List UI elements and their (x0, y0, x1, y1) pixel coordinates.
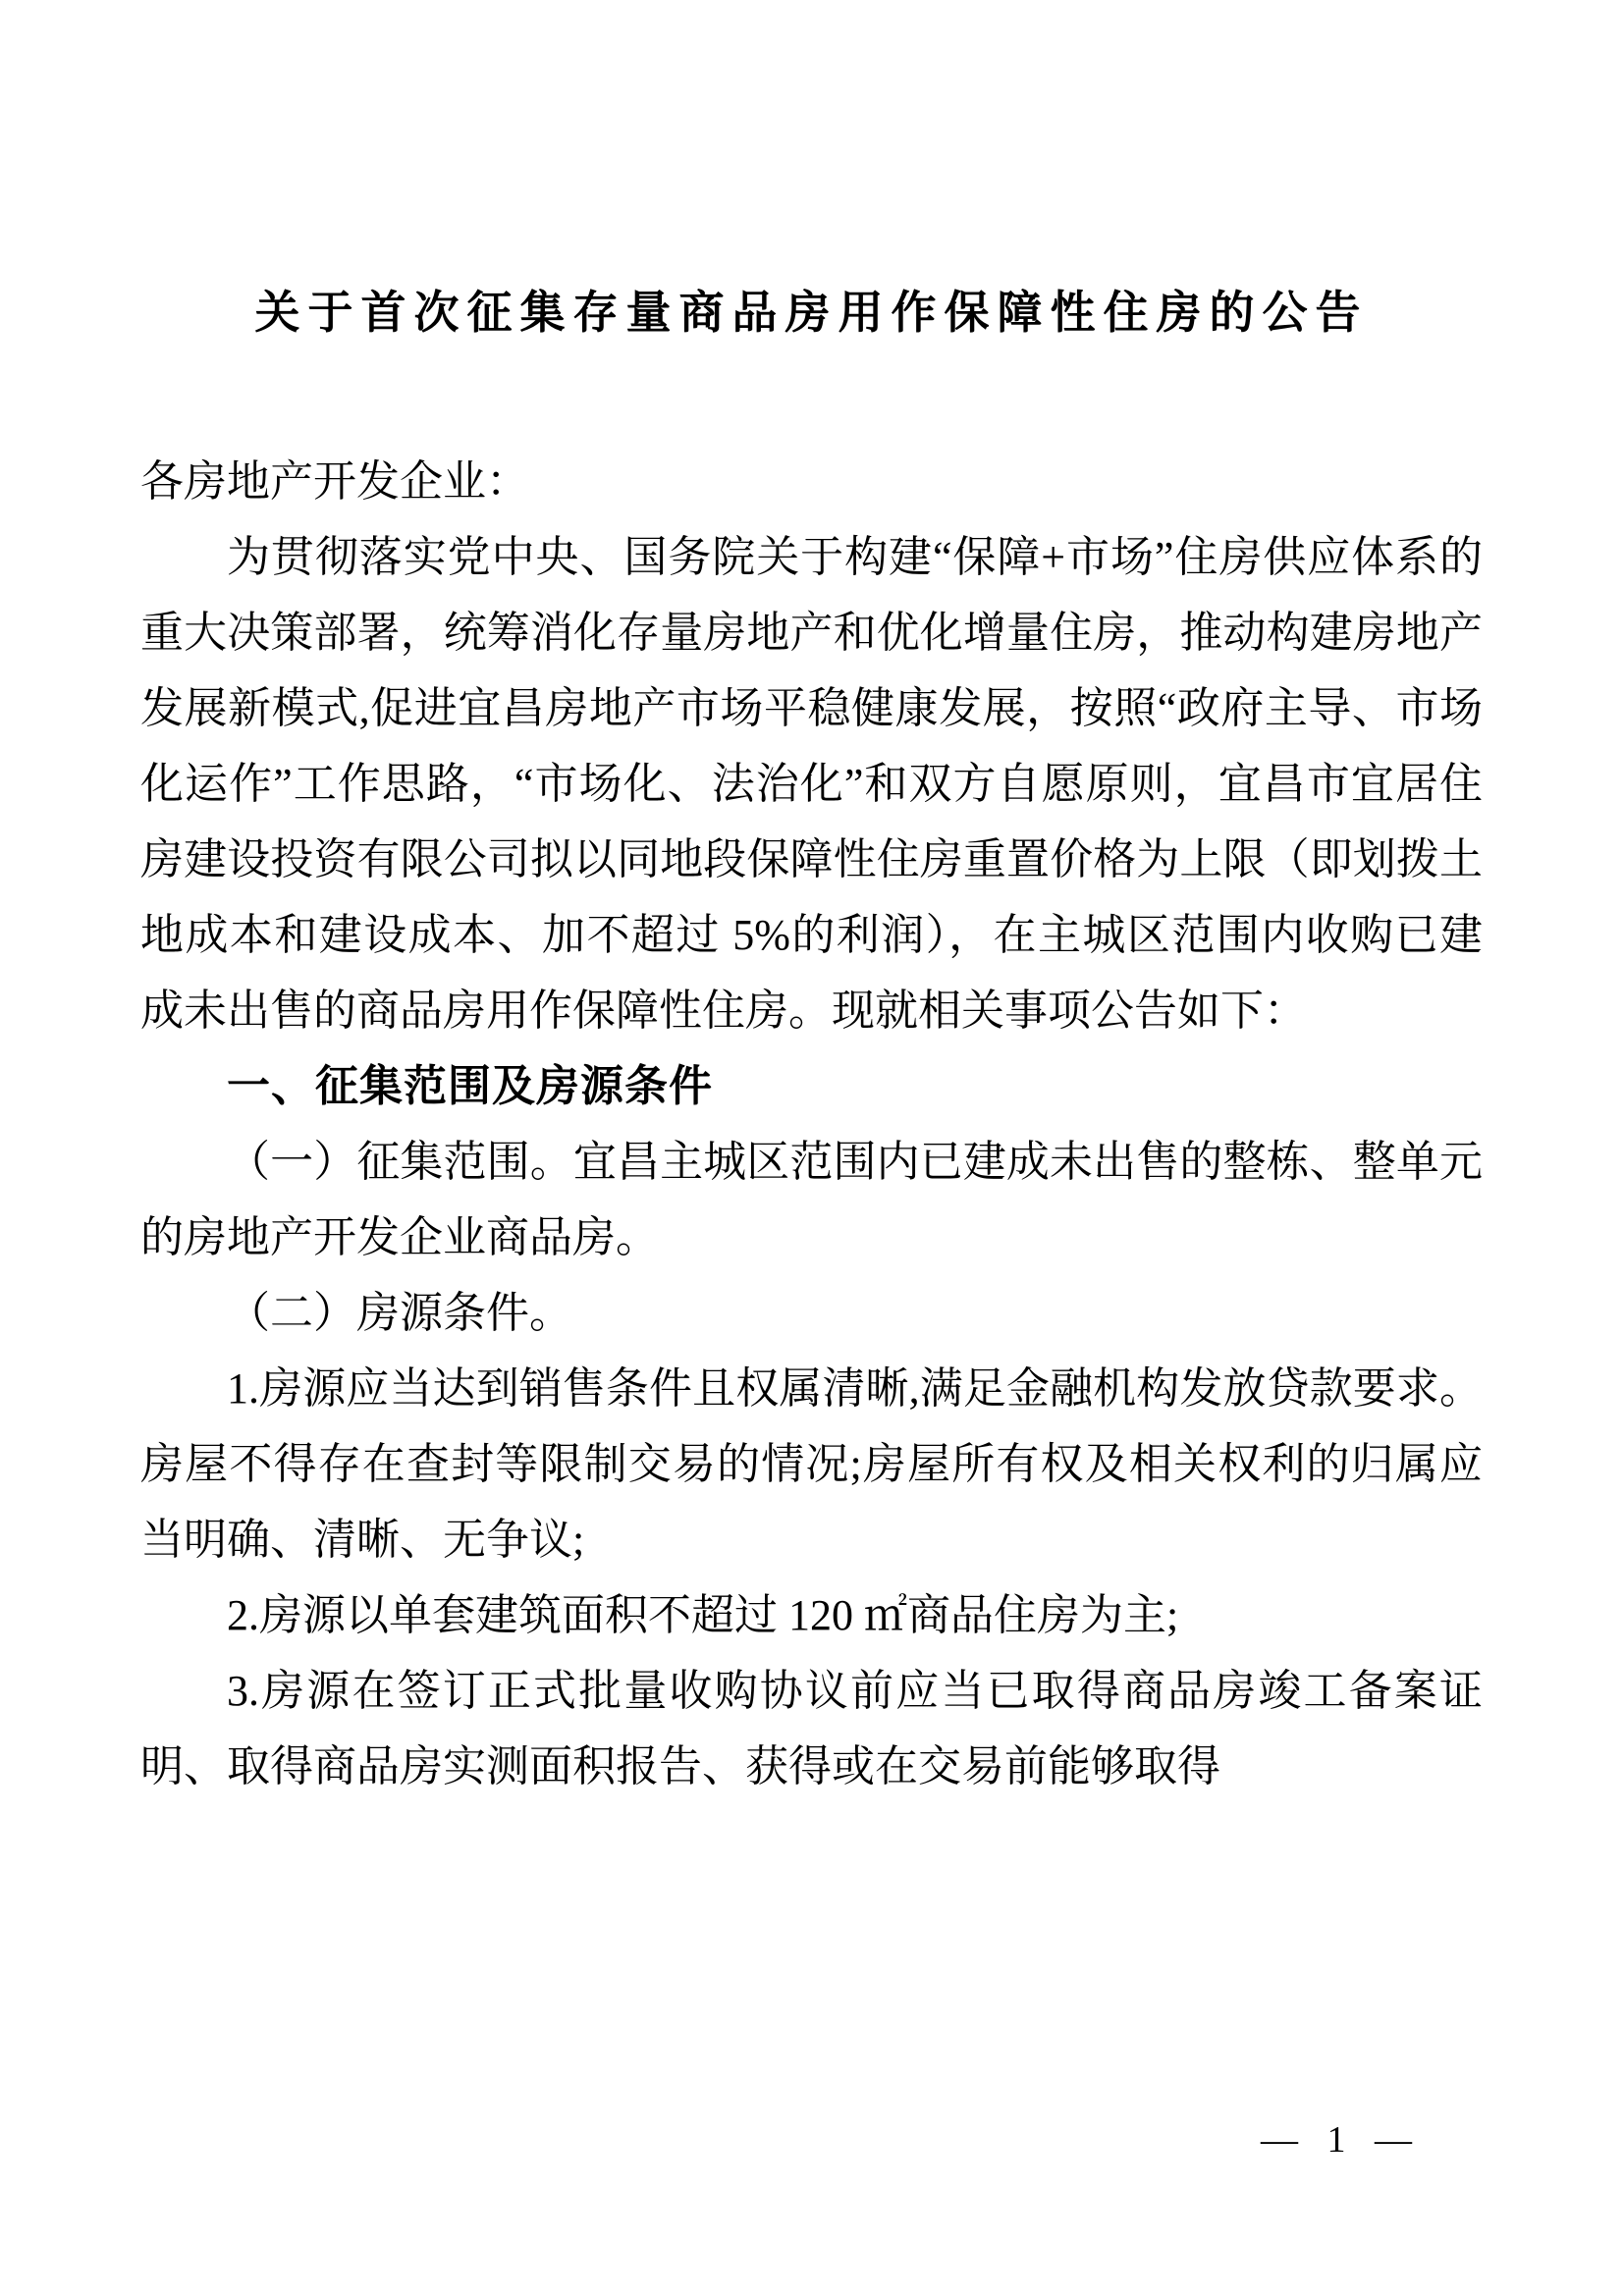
salutation: 各房地产开发企业： (140, 444, 1483, 519)
document-body: 各房地产开发企业： 为贯彻落实党中央、国务院关于构建“保障+市场”住房供应体系的… (140, 444, 1483, 1804)
document-title: 关于首次征集存量商品房用作保障性住房的公告 (0, 283, 1623, 344)
condition-3: 3.房源在签订正式批量收购协议前应当已取得商品房竣工备案证明、取得商品房实测面积… (140, 1653, 1483, 1804)
condition-2: 2.房源以单套建筑面积不超过 120 ㎡商品住房为主; (140, 1577, 1483, 1653)
intro-paragraph: 为贯彻落实党中央、国务院关于构建“保障+市场”住房供应体系的重大决策部署，统筹消… (140, 519, 1483, 1048)
document-page: 关于首次征集存量商品房用作保障性住房的公告 各房地产开发企业： 为贯彻落实党中央… (0, 0, 1623, 2296)
item-housing-conditions: （二）房源条件。 (140, 1275, 1483, 1351)
section-heading-1: 一、征集范围及房源条件 (140, 1048, 1483, 1124)
item-collection-scope: （一）征集范围。宜昌主城区范围内已建成未出售的整栋、整单元的房地产开发企业商品房… (140, 1124, 1483, 1275)
condition-1: 1.房源应当达到销售条件且权属清晰,满足金融机构发放贷款要求。房屋不得存在查封等… (140, 1351, 1483, 1577)
page-number: — 1 — (1261, 2118, 1422, 2162)
